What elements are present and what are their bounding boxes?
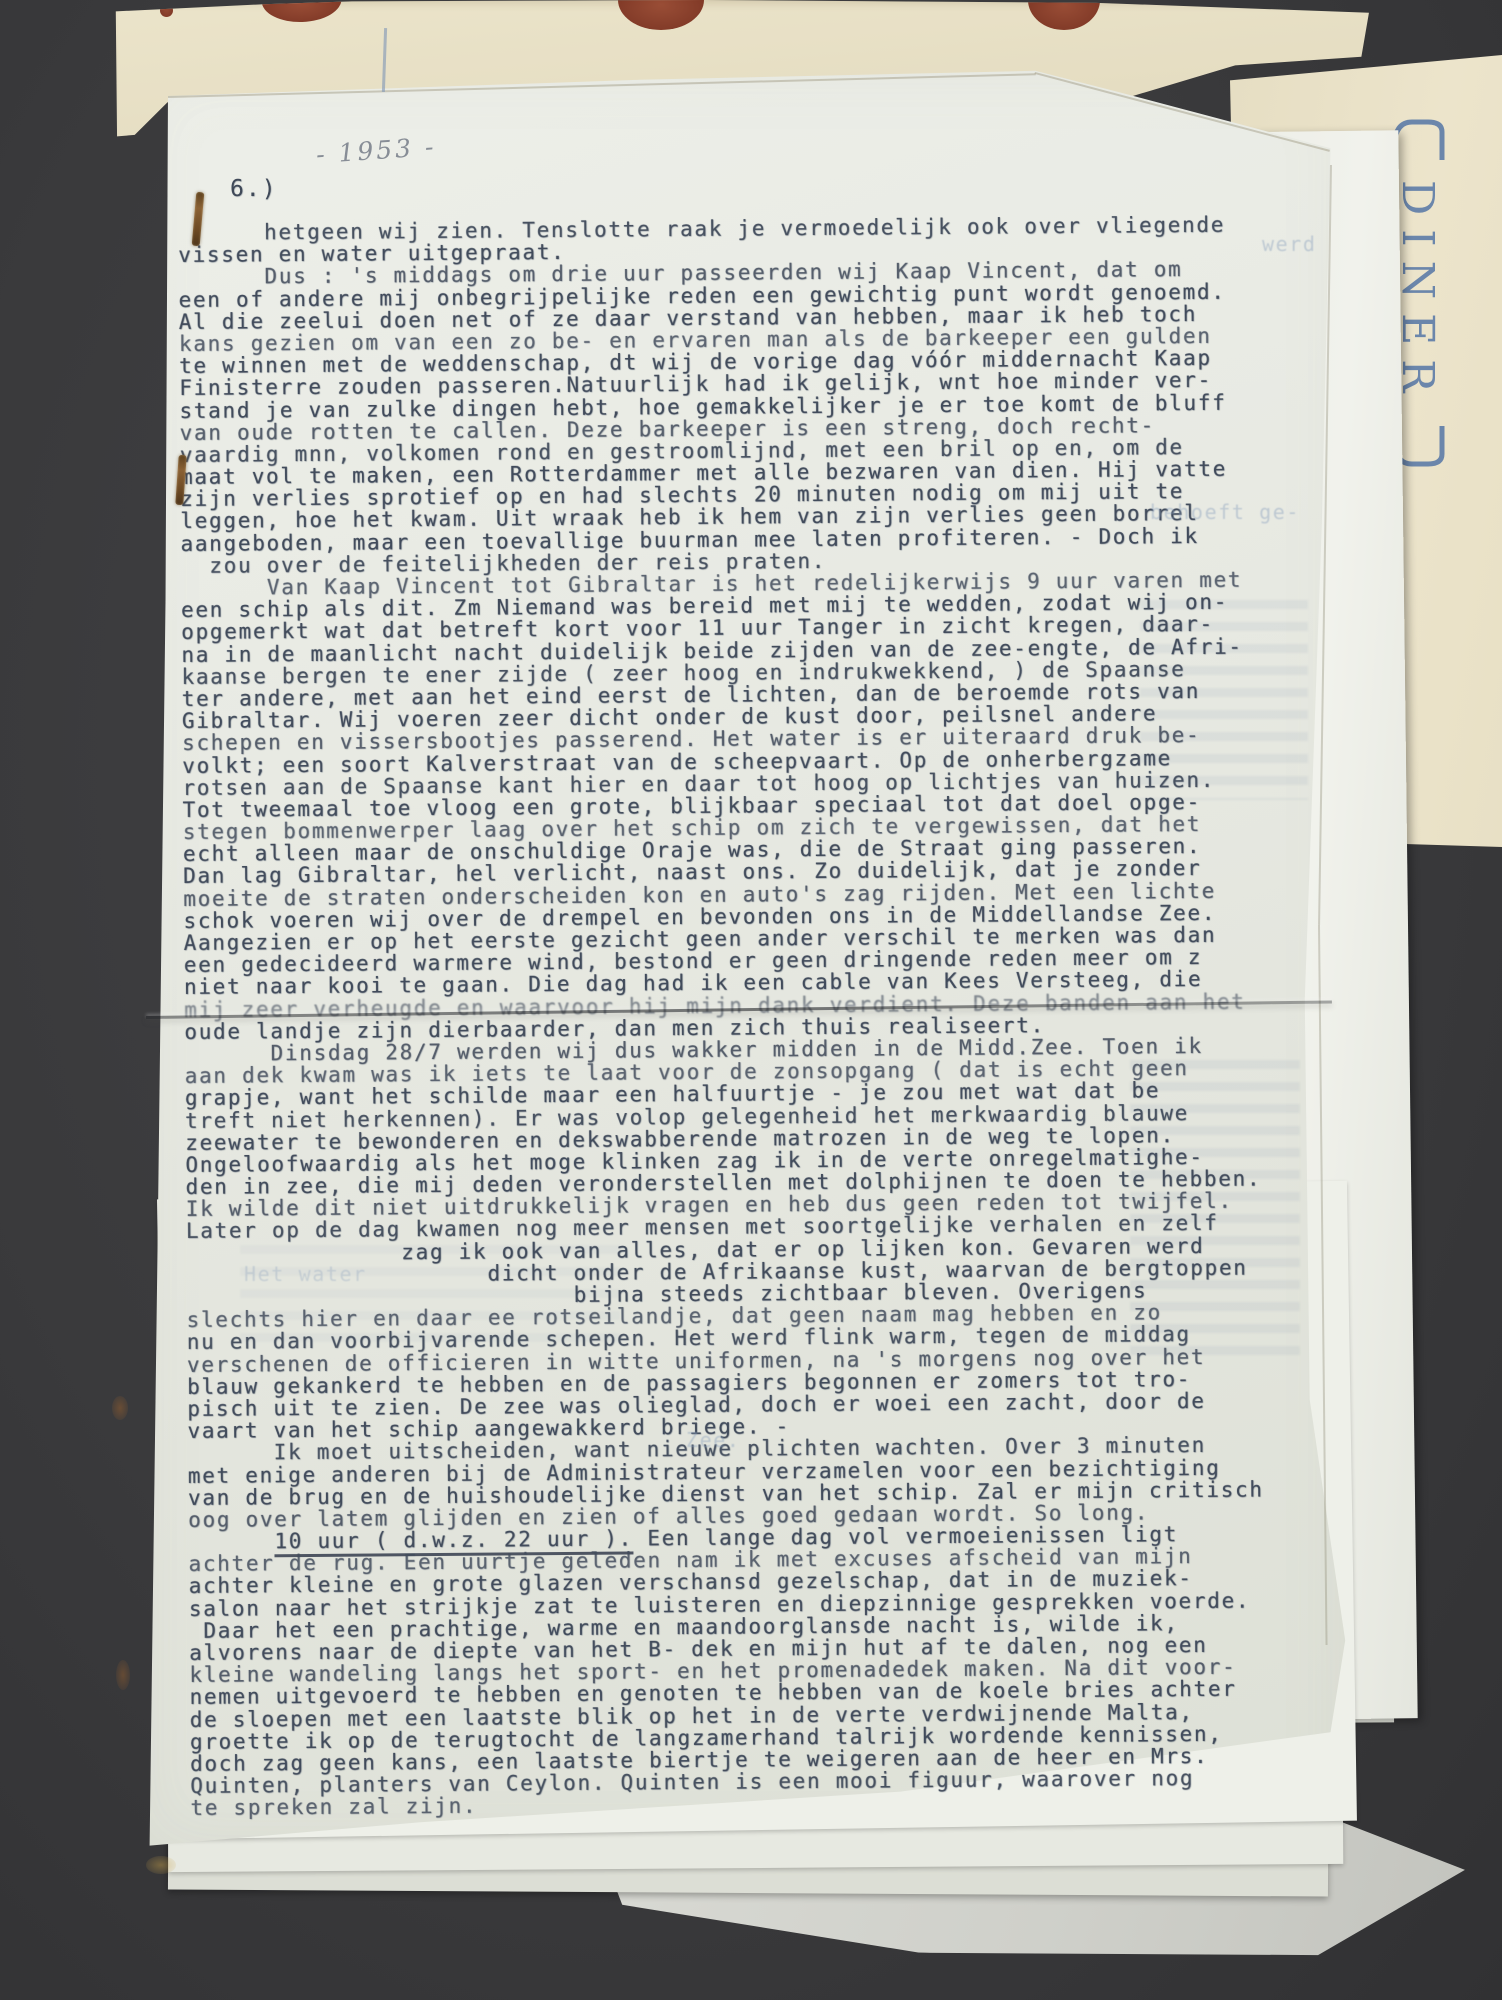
ghost-text: Het water — [244, 1262, 367, 1286]
wax-seal-mark — [618, 0, 704, 30]
stain-spot — [146, 1856, 176, 1874]
photo-of-document: { "colors": { "backdrop": "#3a3a3c", "pa… — [0, 0, 1502, 2000]
ghost-text: Zee. — [686, 1428, 741, 1452]
ghost-text: behoeft ge- — [1150, 500, 1300, 524]
rust-spot — [112, 1396, 128, 1420]
page-number: 6.) — [230, 176, 278, 202]
wax-seal-mark — [1028, 0, 1100, 30]
rust-spot — [116, 1660, 130, 1690]
ghost-text: werd — [1262, 232, 1317, 256]
